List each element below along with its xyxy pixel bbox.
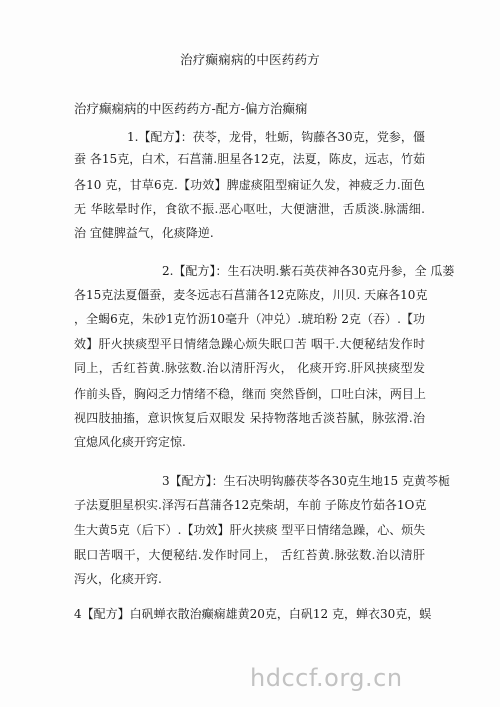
recipe-3-line: 泻火，化痰开窍. <box>74 571 425 587</box>
site-watermark: hdccf.org.cn <box>250 664 403 692</box>
recipe-2-line: 效】肝火挟痰型平日情绪急躁心烦失眠口苦 咽干.大便秘结发作时 <box>74 336 425 352</box>
recipe-3-line: 生大黄5克（后下）.【功效】肝火挟痰 型平日情绪急躁，心、烦失 <box>74 522 425 538</box>
recipe-3-line: 3【配方】：生石决明钩藤茯苓各30克生地15 克黄芩栀 <box>162 473 425 489</box>
recipe-2-line: ，全蝎6克，朱砂1克竹沥10毫升（冲兑）.琥珀粉 2克（吞）.【功 <box>74 311 425 327</box>
recipe-1-line: 各10 克，甘草6克.【功效】脾虚痰阻型痫证久发，神疲乏力.面色 <box>74 177 425 193</box>
recipe-2-line: 作前头昏，胸闷乏力情绪不稳，继而 突然昏倒，口吐白沫，两目上 <box>74 386 425 402</box>
recipe-1-line: 无 华眩晕时作，食欲不振.恶心呕吐，大便溏泄，舌质淡.脉濡细. <box>74 201 425 217</box>
recipe-2-line: 2.【配方】：生石决明.紫石英茯神各30克丹参，全 瓜蒌 <box>162 263 425 279</box>
recipe-1-line: 1.【配方】：茯苓，龙骨，牡蛎，钩藤各30克，党参，僵 <box>127 129 425 145</box>
recipe-2-line: 同上，舌红苔黄.脉弦数.治以清肝泻火， 化痰开窍.肝风挟痰型发 <box>74 360 425 376</box>
document-subtitle: 治疗癫痫病的中医药药方-配方-偏方治癫痫 <box>74 99 307 117</box>
recipe-1-line: 蚕 各15克，白术，石菖蒲.胆星各12克，法夏，陈皮，远志，竹茹 <box>74 151 425 167</box>
document-page: 治疗癫痫病的中医药药方 治疗癫痫病的中医药药方-配方-偏方治癫痫 1.【配方】：… <box>0 0 500 707</box>
recipe-3-line: 子法夏胆星枳实.泽泻石菖蒲各12克柴胡，车前 子陈皮竹茹各1O克 <box>74 497 425 513</box>
recipe-4-line: 4【配方】白矾蝉衣散治癫痫雄黄20克，白矾12 克，蝉衣30克，蜈 <box>74 606 425 622</box>
recipe-2-line: 宜熄风化痰开窍定惊. <box>74 434 425 450</box>
recipe-2-line: 视四肢抽搐，意识恢复后双眼发 呆持物落地舌淡苔腻，脉弦滑.治 <box>74 410 425 426</box>
recipe-2-line: 各15克法夏僵蚕，麦冬远志石菖蒲各12克陈皮，川贝. 天麻各10克 <box>74 287 425 303</box>
recipe-3-line: 眠口苦咽干，大便秘结.发作时同上， 舌红苔黄.脉弦数.治以清肝 <box>74 547 425 563</box>
document-title: 治疗癫痫病的中医药药方 <box>0 50 500 68</box>
recipe-1-line: 治 宜健脾益气，化痰降逆. <box>74 225 425 241</box>
